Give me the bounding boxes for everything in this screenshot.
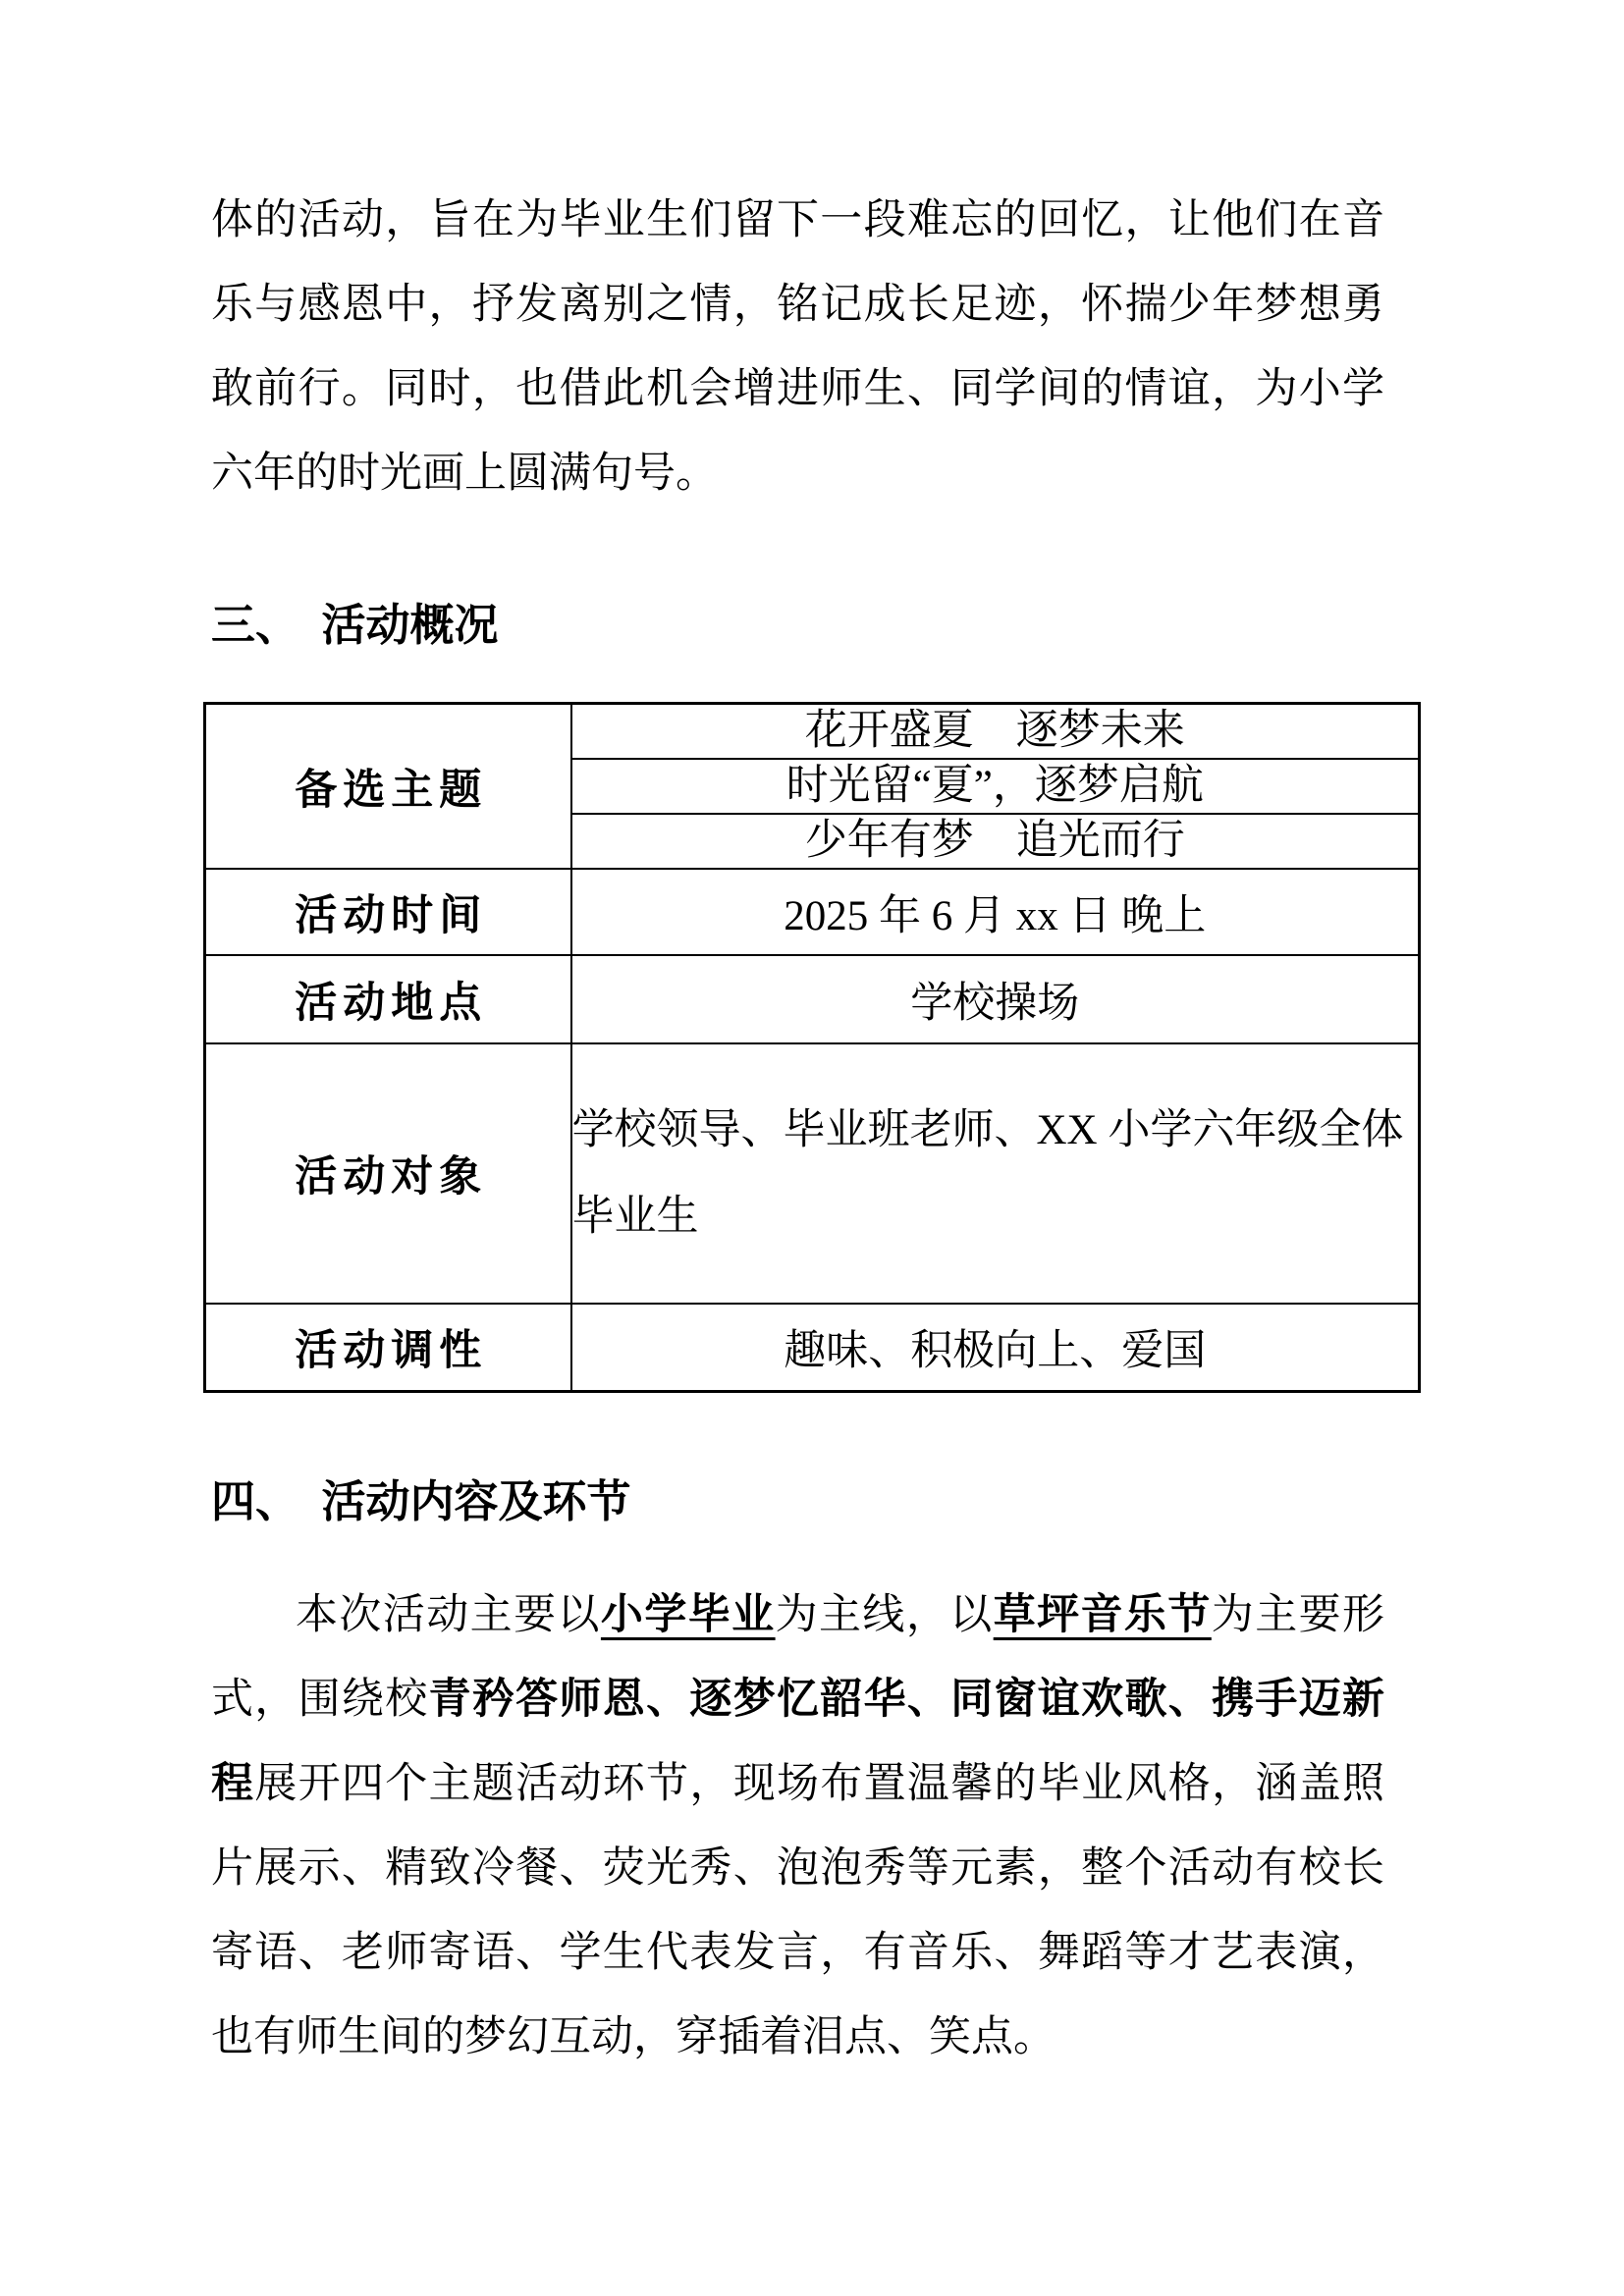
text-segment-bold-underline: 小学毕业: [601, 1592, 776, 1638]
table-row-time: 活动时间 2025 年 6 月 xx 日 晚上: [205, 869, 1420, 955]
table-row-tone: 活动调性 趣味、积极向上、爱国: [205, 1304, 1420, 1392]
table-cell-theme-1: 花开盛夏 逐梦未来: [571, 704, 1420, 760]
text-segment-bold-underline: 草坪音乐节: [994, 1592, 1212, 1638]
table-row-audience: 活动对象 学校领导、毕业班老师、XX 小学六年级全体毕业生: [205, 1043, 1420, 1304]
table-cell-place: 学校操场: [571, 955, 1420, 1043]
intro-paragraph: 体的活动，旨在为毕业生们留下一段难忘的回忆，让他们在音乐与感恩中，抒发离别之情，…: [211, 179, 1384, 516]
table-cell-theme-3: 少年有梦 追光而行: [571, 814, 1420, 869]
text-segment-normal: 本次活动主要以: [296, 1592, 601, 1638]
document-content: 体的活动，旨在为毕业生们留下一段难忘的回忆，让他们在音乐与感恩中，抒发离别之情，…: [211, 179, 1384, 2080]
table-label-tone: 活动调性: [205, 1304, 571, 1392]
table-cell-time: 2025 年 6 月 xx 日 晚上: [571, 869, 1420, 955]
table-row-place: 活动地点 学校操场: [205, 955, 1420, 1043]
document-page: 体的活动，旨在为毕业生们留下一段难忘的回忆，让他们在音乐与感恩中，抒发离别之情，…: [0, 0, 1624, 2296]
table-cell-theme-2: 时光留“夏”，逐梦启航: [571, 759, 1420, 814]
table-cell-audience: 学校领导、毕业班老师、XX 小学六年级全体毕业生: [571, 1043, 1420, 1304]
table-label-themes: 备选主题: [205, 704, 571, 870]
content-paragraph: 本次活动主要以小学毕业为主线，以草坪音乐节为主要形式，围绕校青矜答师恩、逐梦忆韶…: [211, 1574, 1384, 2080]
section3-heading: 三、 活动概况: [211, 601, 1384, 650]
text-segment-normal: 展开四个主题活动环节，现场布置温馨的毕业风格，涵盖照片展示、精致冷餐、荧光秀、泡…: [211, 1761, 1384, 2060]
table-row-themes-1: 备选主题 花开盛夏 逐梦未来: [205, 704, 1420, 760]
activity-overview-table: 备选主题 花开盛夏 逐梦未来 时光留“夏”，逐梦启航 少年有梦 追光而行 活动时…: [203, 702, 1421, 1393]
table-label-audience: 活动对象: [205, 1043, 571, 1304]
table-cell-tone: 趣味、积极向上、爱国: [571, 1304, 1420, 1392]
section4-heading: 四、 活动内容及环节: [211, 1477, 1384, 1526]
table-label-time: 活动时间: [205, 869, 571, 955]
table-label-place: 活动地点: [205, 955, 571, 1043]
text-segment-normal: 为主线，以: [776, 1592, 994, 1638]
